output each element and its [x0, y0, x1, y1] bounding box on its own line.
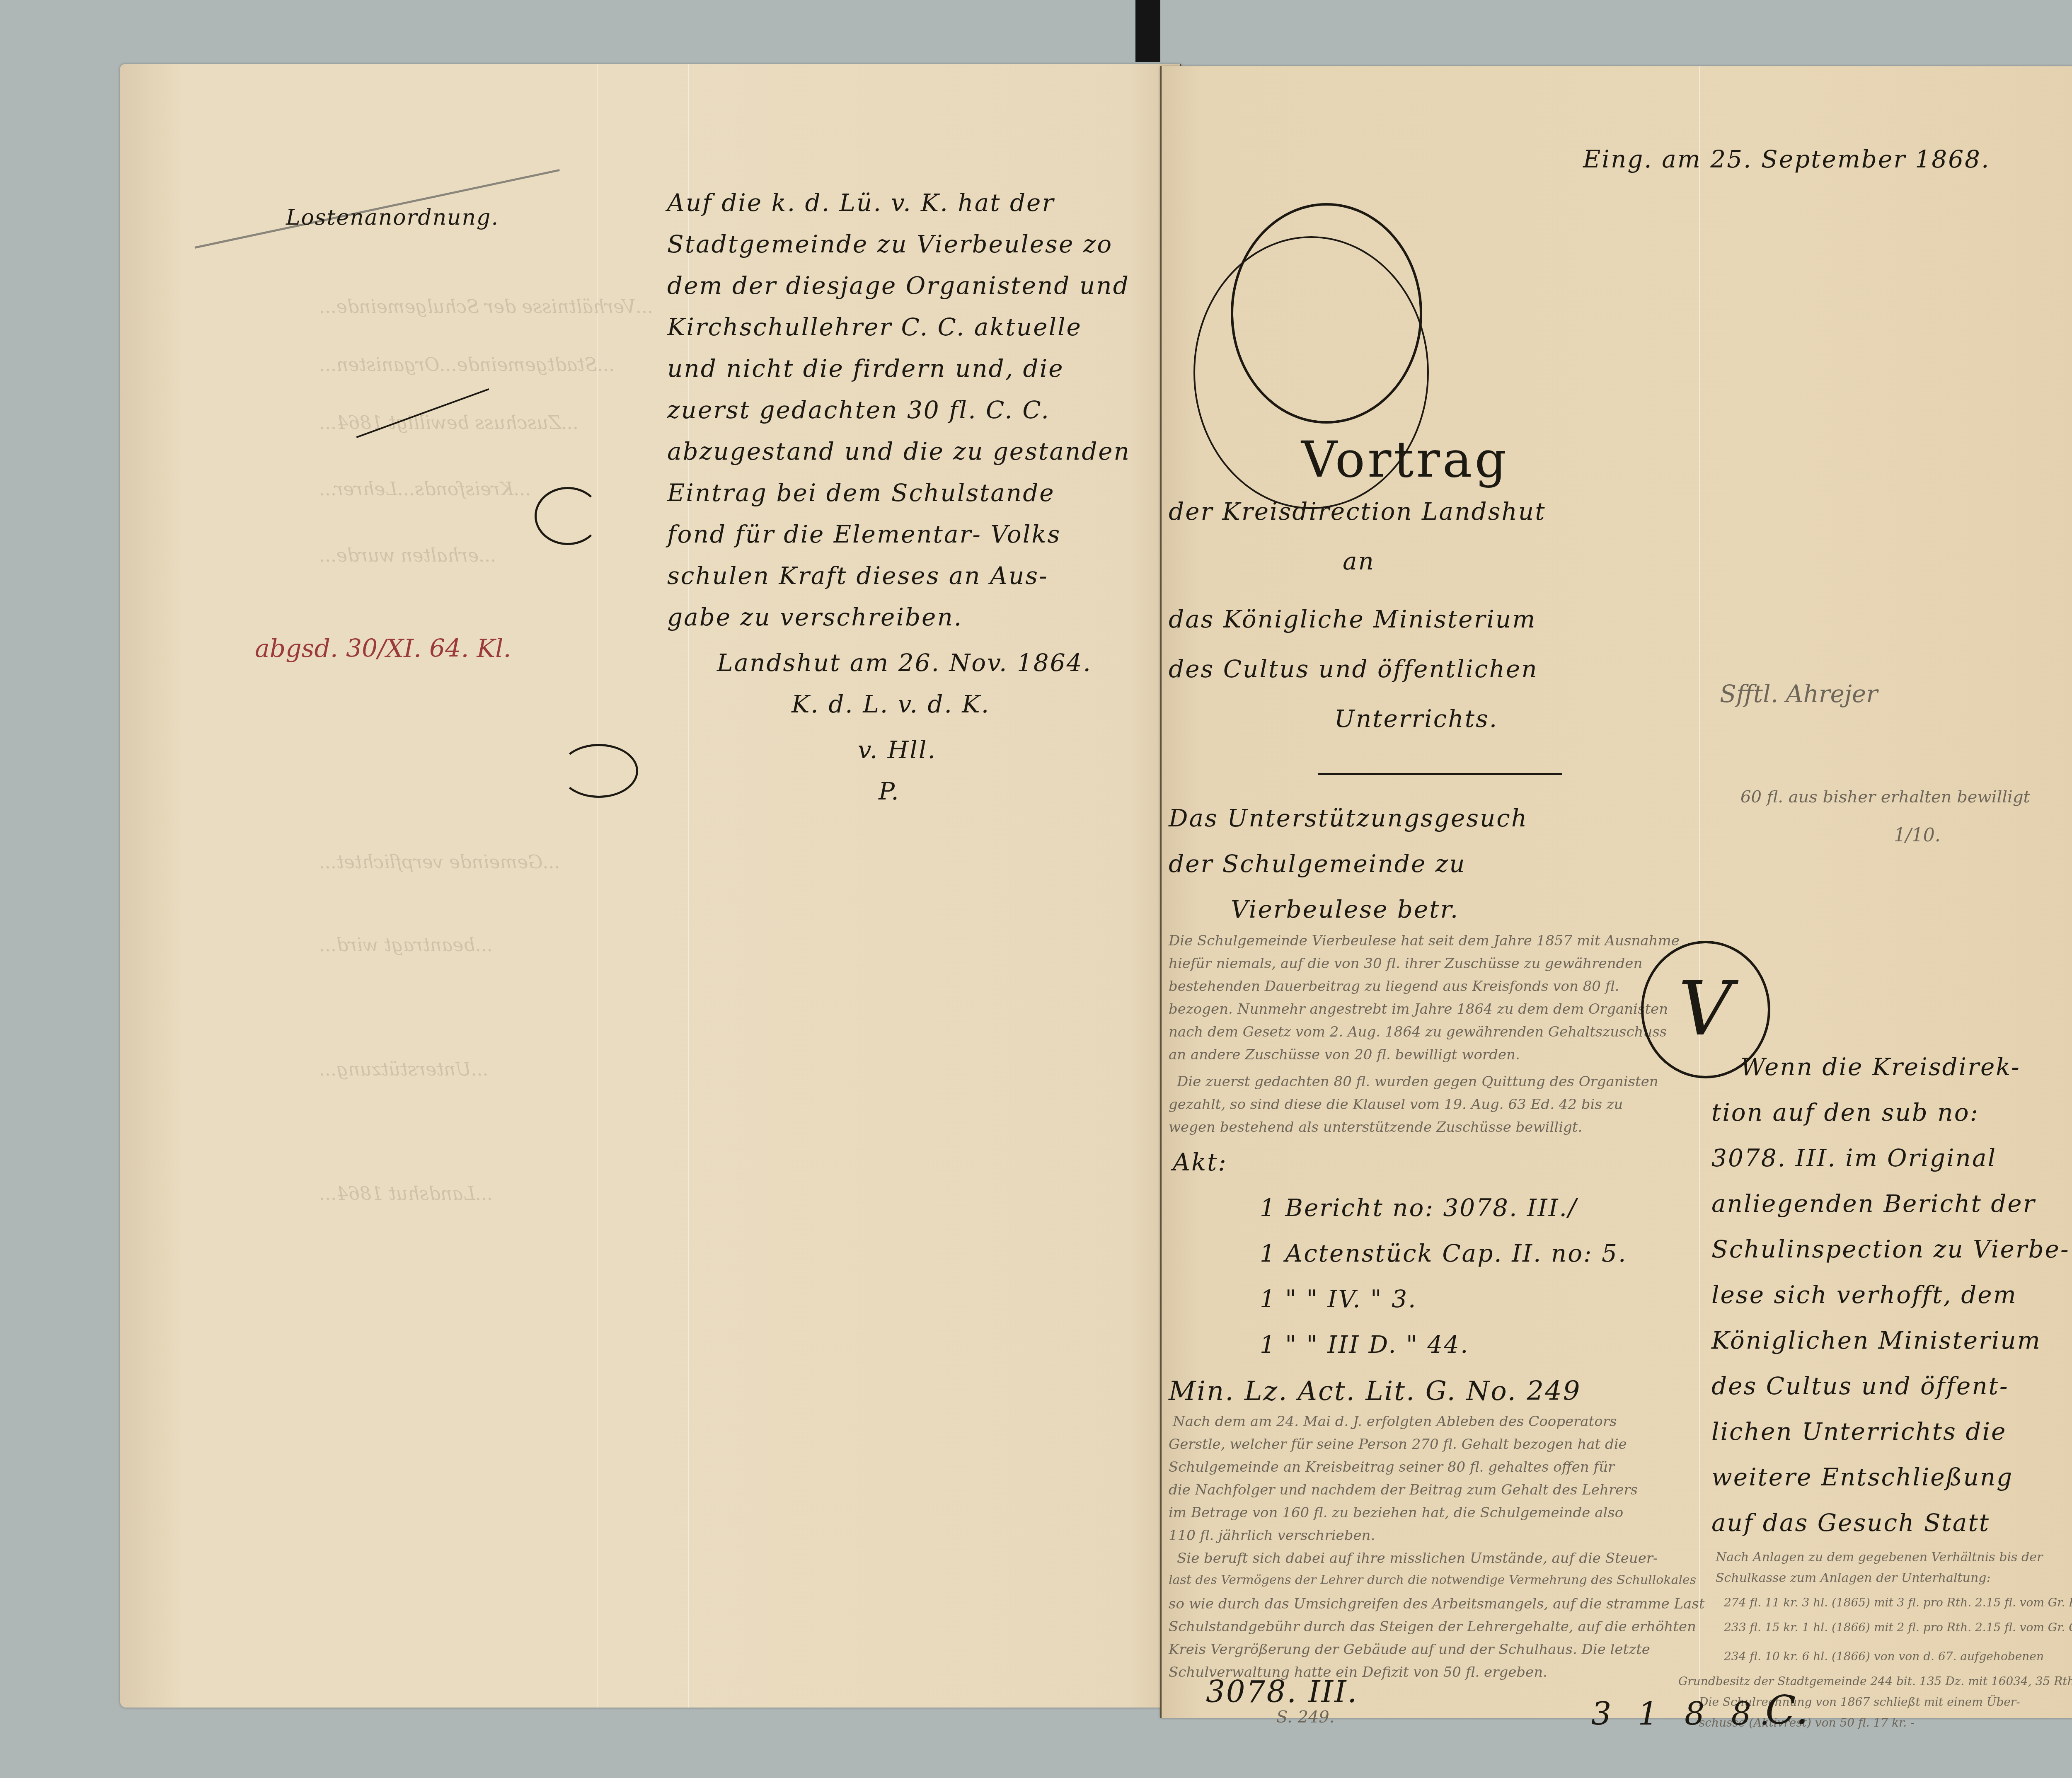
- enclosure-item: 1 " " IV. " 3.: [1260, 1285, 1417, 1313]
- registry-initial: C.: [1765, 1687, 1810, 1733]
- title-line: das Königliche Ministerium: [1169, 605, 1536, 633]
- pencil-line: 110 fl. jährlich verschrieben.: [1169, 1527, 1375, 1544]
- subject-line: der Schulgemeinde zu: [1169, 850, 1466, 878]
- left-page: Lostenanordnung. ...Verhältnisse der Sch…: [120, 64, 1181, 1708]
- pencil-line: im Betrage von 160 fl. zu beziehen hat, …: [1169, 1504, 1623, 1521]
- title-line: der Kreisdirection Landshut: [1169, 497, 1546, 526]
- decision-line: anliegenden Bericht der: [1711, 1189, 2036, 1218]
- date-line: Landshut am 26. Nov. 1864.: [717, 649, 1092, 677]
- red-ink-note: abgsd. 30/XI. 64. Kl.: [255, 634, 511, 663]
- pencil-signature: Sfftl. Ahrejer: [1720, 680, 1878, 708]
- ministry-reference: Min. Lz. Act. Lit. G. No. 249: [1169, 1376, 1581, 1407]
- pencil-line: Schulkasse zum Anlagen der Unterhaltung:: [1716, 1571, 1991, 1585]
- decision-line: 3078. III. im Original: [1711, 1144, 1997, 1172]
- right-page: 46. Eing. am 25. September 1868. Vortrag…: [1160, 66, 2072, 1718]
- paper-fold: [1699, 66, 1700, 1718]
- pencil-line: Schulstandgebühr durch das Steigen der L…: [1169, 1618, 1696, 1635]
- pencil-line: Kreis Vergrößerung der Gebäude auf und d…: [1169, 1641, 1650, 1658]
- page-gutter: [1160, 66, 1162, 1718]
- enclosure-item: 1 " " III D. " 44.: [1260, 1330, 1469, 1359]
- pencil-page-ref: S. 249.: [1276, 1708, 1334, 1727]
- divider-rule: [1318, 773, 1562, 775]
- pencil-line: Schulgemeinde an Kreisbeitrag seiner 80 …: [1169, 1459, 1615, 1475]
- pencil-line: Nach dem am 24. Mai d. J. erfolgten Able…: [1173, 1413, 1617, 1430]
- flourish-stroke: [535, 487, 601, 545]
- margin-heading: Lostenanordnung.: [286, 205, 499, 230]
- pencil-line: bestehenden Dauerbeitrag zu liegend aus …: [1169, 978, 1619, 995]
- pencil-line: nach dem Gesetz vom 2. Aug. 1864 zu gewä…: [1169, 1024, 1667, 1040]
- decision-line: Wenn die Kreisdirek-: [1740, 1053, 2021, 1081]
- subject-line: Vierbeulese betr.: [1231, 895, 1459, 923]
- pencil-line: Sie beruft sich dabei auf ihre missliche…: [1177, 1550, 1658, 1567]
- pencil-line: 234 fl. 10 kr. 6 hl. (1866) von von d. 6…: [1724, 1650, 2044, 1663]
- received-date: Eing. am 25. September 1868.: [1583, 145, 1990, 173]
- body-line: fond für die Elementar- Volks: [667, 520, 1061, 548]
- pencil-line: so wie durch das Umsichgreifen des Arbei…: [1169, 1596, 1704, 1612]
- decision-line: des Cultus und öffent-: [1711, 1372, 2009, 1400]
- body-line: gabe zu verschreiben.: [667, 603, 963, 631]
- pencil-line: 274 fl. 11 kr. 3 hl. (1865) mit 3 fl. pr…: [1724, 1596, 2072, 1609]
- signature-authority: K. d. L. v. d. K.: [792, 690, 990, 718]
- body-line: dem der diesjage Organistend und: [667, 271, 1130, 300]
- registry-number: 3 1 8 8.: [1591, 1695, 1778, 1732]
- pencil-line: 233 fl. 15 kr. 1 hl. (1866) mit 2 fl. pr…: [1724, 1621, 2072, 1634]
- body-line: und nicht die firdern und, die: [667, 354, 1064, 383]
- signature-initial: P.: [879, 777, 900, 805]
- body-line: Auf die k. d. Lü. v. K. hat der: [667, 189, 1055, 217]
- pencil-line: Gerstle, welcher für seine Person 270 fl…: [1169, 1436, 1627, 1453]
- pencil-line: Die Schulgemeinde Vierbeulese hat seit d…: [1169, 933, 1680, 949]
- body-line: schulen Kraft dieses an Aus-: [667, 562, 1048, 590]
- body-line: zuerst gedachten 30 fl. C. C.: [667, 396, 1050, 424]
- body-line: Kirchschullehrer C. C. aktuelle: [667, 313, 1082, 341]
- pencil-line: last des Vermögens der Lehrer durch die …: [1169, 1573, 1696, 1587]
- decision-line: tion auf den sub no:: [1711, 1098, 1979, 1126]
- subject-line: Das Unterstützungsgesuch: [1169, 804, 1528, 832]
- enclosure-item: 1 Actenstück Cap. II. no: 5.: [1260, 1239, 1627, 1267]
- title-line: Unterrichts.: [1334, 705, 1498, 733]
- decision-initial: V: [1678, 966, 1732, 1052]
- decision-line: weitere Entschließung: [1711, 1463, 2013, 1491]
- pencil-note-date: 1/10.: [1894, 825, 1941, 846]
- file-number: 3078. III.: [1206, 1674, 1358, 1709]
- decision-line: auf das Gesuch Statt: [1711, 1509, 1990, 1537]
- decision-line: Königlichen Ministerium: [1711, 1326, 2041, 1354]
- flourish-stroke: [559, 744, 638, 798]
- pencil-line: bezogen. Nunmehr angestrebt im Jahre 186…: [1169, 1001, 1668, 1017]
- paper-fold: [688, 64, 689, 1708]
- pencil-line: Nach Anlagen zu dem gegebenen Verhältnis…: [1716, 1550, 2043, 1565]
- signature-name: v. Hll.: [858, 736, 937, 764]
- title-line: des Cultus und öffentlichen: [1169, 655, 1538, 683]
- pencil-line: Die zuerst gedachten 80 fl. wurden gegen…: [1177, 1073, 1658, 1090]
- pencil-line: wegen bestehend als unterstützende Zusch…: [1169, 1119, 1582, 1136]
- enclosure-item: 1 Bericht no: 3078. III./: [1260, 1194, 1578, 1222]
- pencil-line: die Nachfolger und nachdem der Beitrag z…: [1169, 1482, 1638, 1498]
- body-line: abzugestand und die zu gestanden: [667, 437, 1130, 465]
- title-line: an: [1343, 547, 1375, 575]
- decision-line: Schulinspection zu Vierbe-: [1711, 1235, 2070, 1263]
- body-line: Eintrag bei dem Schulstande: [667, 479, 1055, 507]
- pencil-note: 60 fl. aus bisher erhalten bewilligt: [1740, 787, 2030, 807]
- pencil-line: gezahlt, so sind diese die Klausel vom 1…: [1169, 1096, 1623, 1113]
- decision-line: lese sich verhofft, dem: [1711, 1281, 2017, 1309]
- pencil-line: an andere Zuschüsse von 20 fl. bewilligt…: [1169, 1046, 1520, 1063]
- pencil-line: hiefür niemals, auf die von 30 fl. ihrer…: [1169, 955, 1642, 972]
- spine-bookmark-tab: [1135, 0, 1160, 62]
- decision-line: lichen Unterrichts die: [1711, 1417, 2007, 1446]
- body-line: Stadtgemeinde zu Vierbeulese zo: [667, 230, 1113, 258]
- pencil-line: Grundbesitz der Stadtgemeinde 244 bit. 1…: [1678, 1674, 2072, 1688]
- enclosures-label: Akt:: [1173, 1148, 1227, 1176]
- document-title: Vortrag: [1301, 431, 1509, 489]
